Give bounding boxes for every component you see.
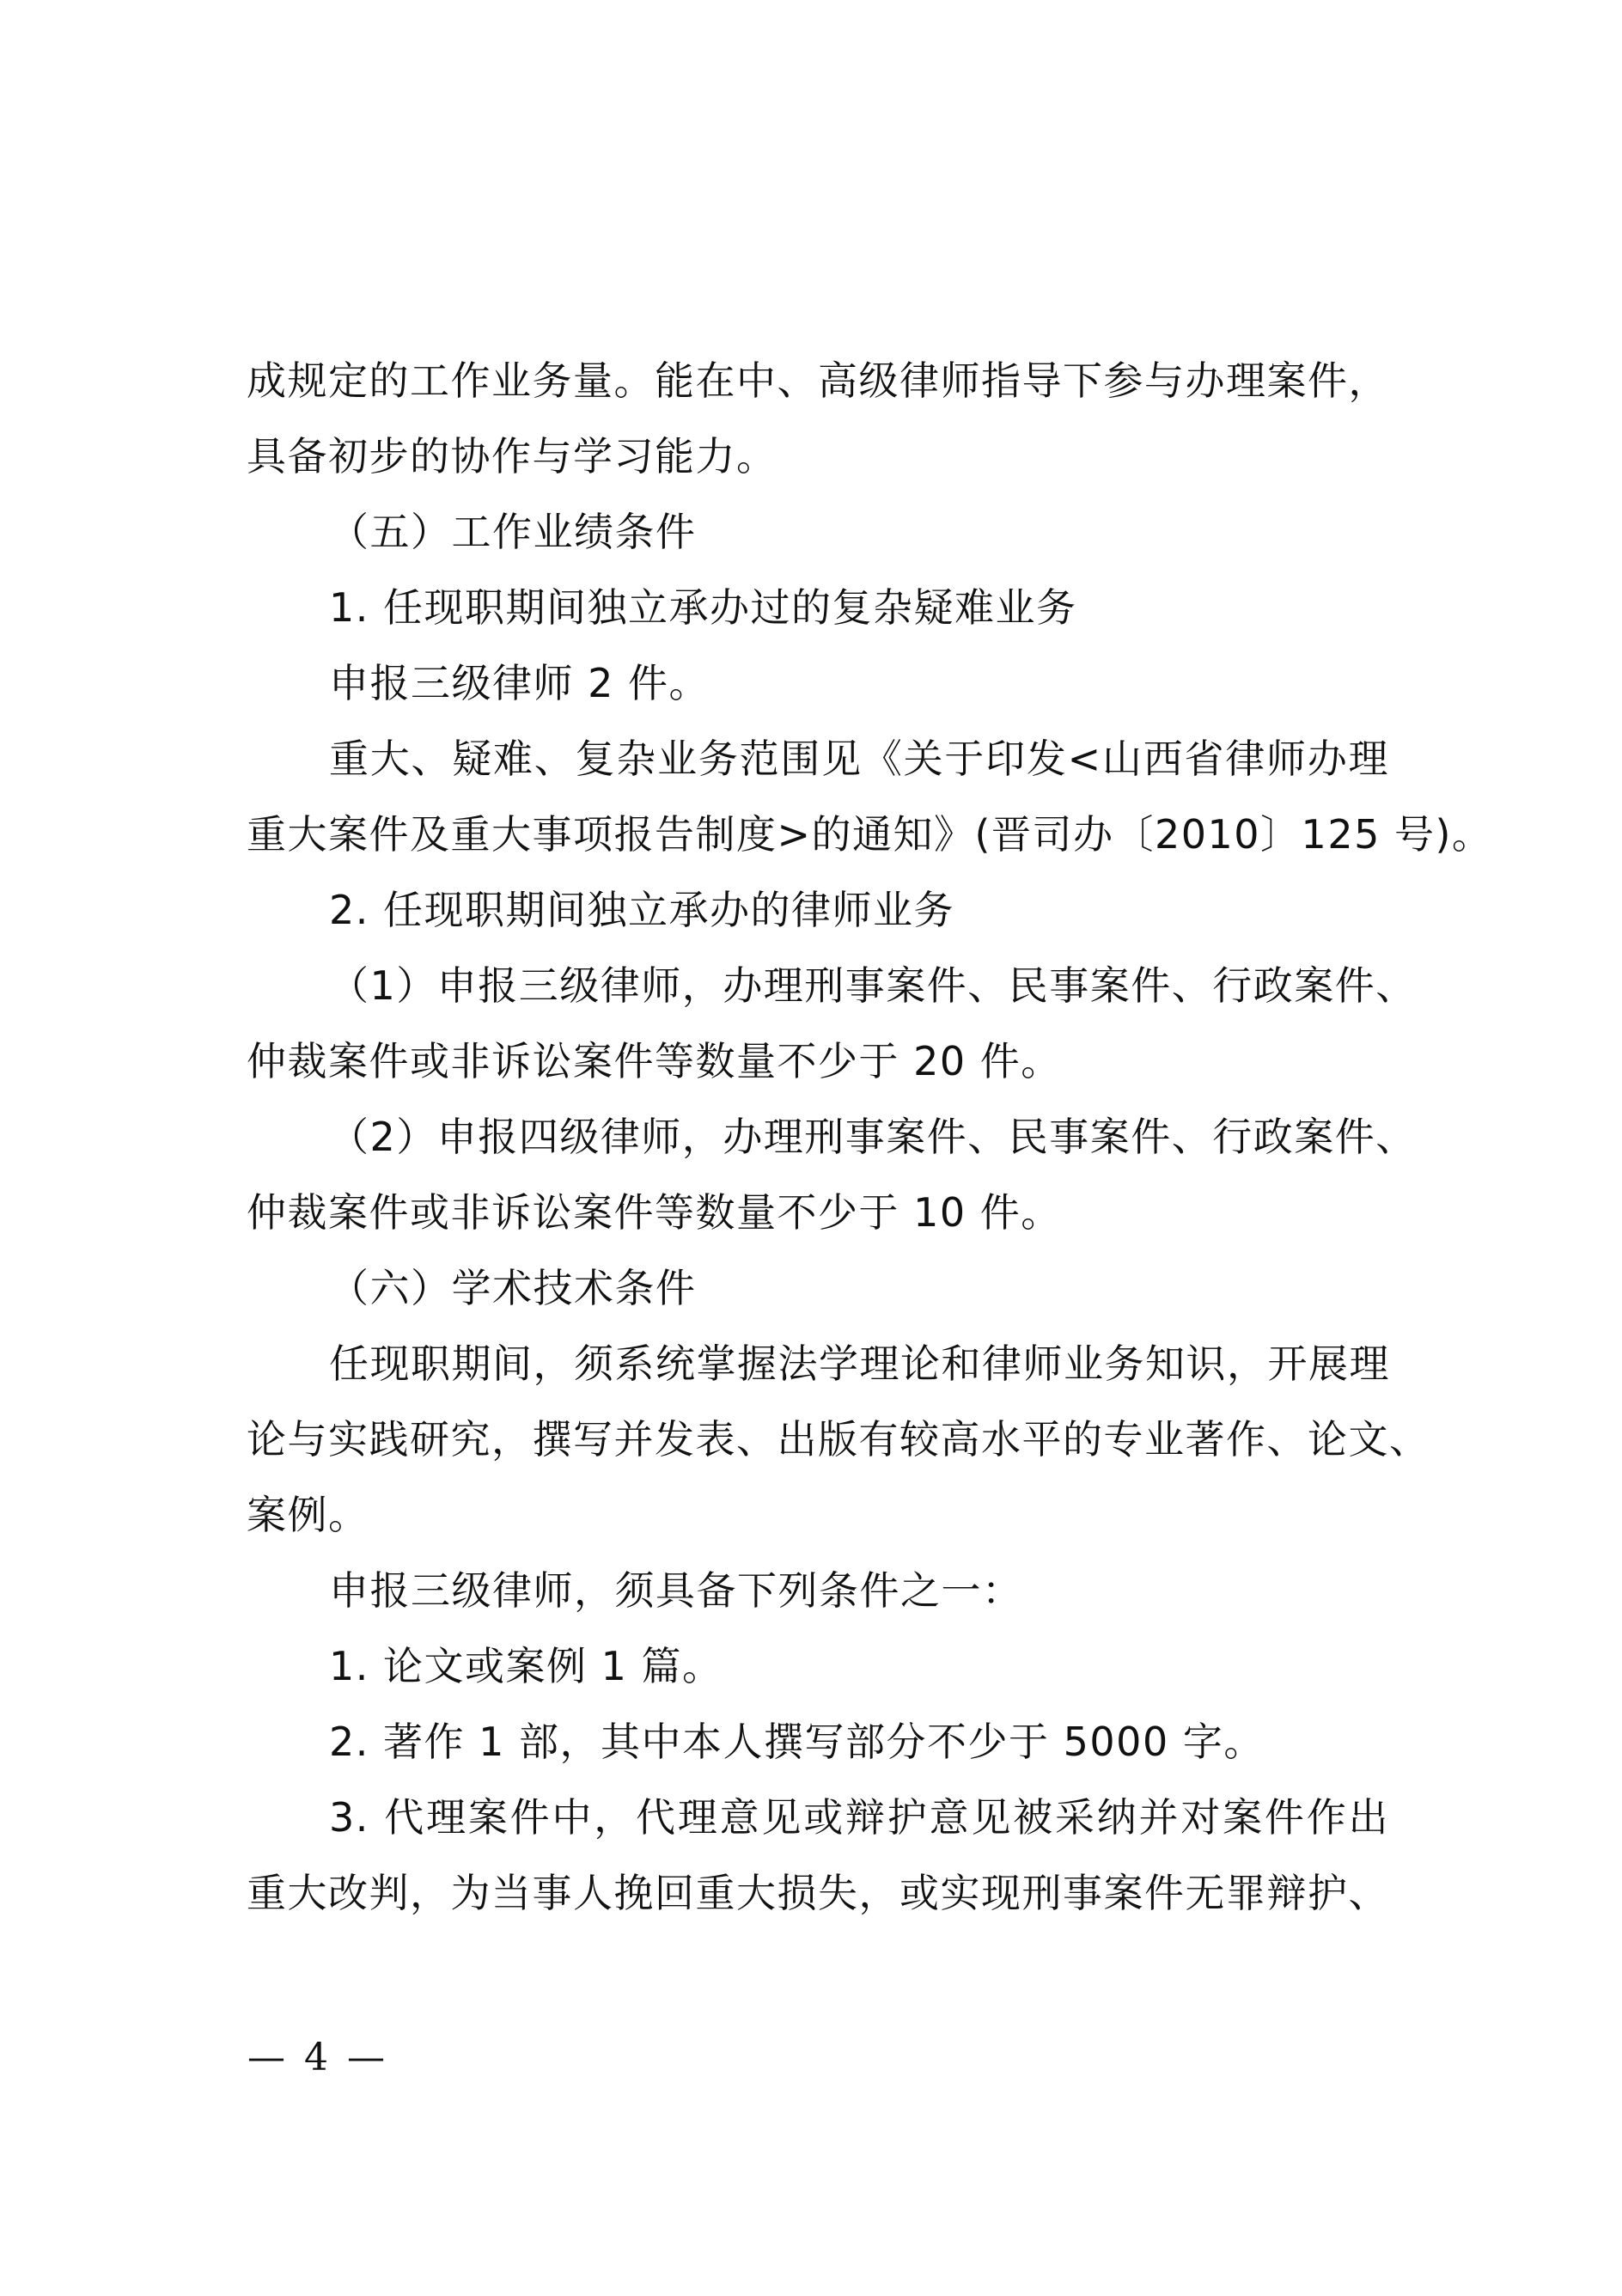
list-item: 1. 论文或案例 1 篇。 bbox=[247, 1635, 1398, 1711]
list-item: 2. 著作 1 部，其中本人撰写部分不少于 5000 字。 bbox=[247, 1711, 1398, 1786]
text-line: 重大案件及重大事项报告制度>的通知》(晋司办〔2010〕125 号)。 bbox=[247, 803, 1389, 879]
document-page: 成规定的工作业务量。能在中、高级律师指导下参与办理案件， 具备初步的协作与学习能… bbox=[0, 0, 1622, 2296]
section-heading-five: （五）工作业绩条件 bbox=[247, 501, 1398, 577]
text-line: 任现职期间，须系统掌握法学理论和律师业务知识，开展理 bbox=[247, 1333, 1389, 1408]
text-line: 仲裁案件或非诉讼案件等数量不少于 20 件。 bbox=[247, 1030, 1398, 1106]
body-text: 成规定的工作业务量。能在中、高级律师指导下参与办理案件， 具备初步的协作与学习能… bbox=[247, 350, 1398, 1938]
text-line: 重大改判，为当事人挽回重大损失，或实现刑事案件无罪辩护、 bbox=[247, 1862, 1389, 1938]
text-line: 具备初步的协作与学习能力。 bbox=[247, 425, 1398, 501]
list-item-heading: 2. 任现职期间独立承办的律师业务 bbox=[247, 879, 1398, 955]
text-line: 申报三级律师 2 件。 bbox=[247, 652, 1398, 728]
section-heading-six: （六）学术技术条件 bbox=[247, 1257, 1398, 1333]
sub-item: （1）申报三级律师，办理刑事案件、民事案件、行政案件、 bbox=[247, 955, 1389, 1030]
text-line: 案例。 bbox=[247, 1484, 1398, 1560]
page-number: — 4 — bbox=[247, 2036, 388, 2079]
text-line: 重大、疑难、复杂业务范围见《关于印发<山西省律师办理 bbox=[247, 728, 1389, 803]
text-line: 论与实践研究，撰写并发表、出版有较高水平的专业著作、论文、 bbox=[247, 1408, 1389, 1484]
text-line: 仲裁案件或非诉讼案件等数量不少于 10 件。 bbox=[247, 1182, 1398, 1257]
list-item: 3. 代理案件中，代理意见或辩护意见被采纳并对案件作出 bbox=[247, 1786, 1389, 1862]
sub-item: （2）申报四级律师，办理刑事案件、民事案件、行政案件、 bbox=[247, 1106, 1389, 1182]
list-item-heading: 1. 任现职期间独立承办过的复杂疑难业务 bbox=[247, 577, 1398, 652]
text-line: 申报三级律师，须具备下列条件之一： bbox=[247, 1560, 1398, 1635]
text-line: 成规定的工作业务量。能在中、高级律师指导下参与办理案件， bbox=[247, 350, 1389, 425]
